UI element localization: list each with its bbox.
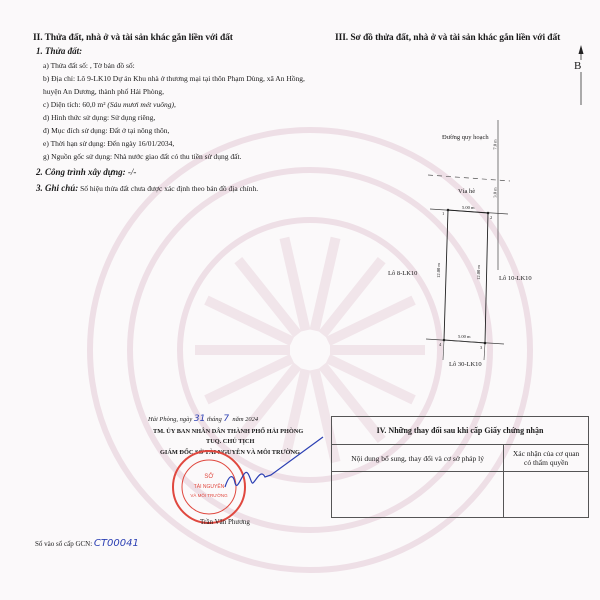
land-line-usage-form: d) Hình thức sử dụng: Sử dụng riêng, bbox=[43, 113, 155, 122]
section-iii-title: III. Sơ đồ thửa đất, nhà ở và tài sản kh… bbox=[335, 33, 560, 43]
note-row: 3. Ghi chú: Số hiệu thửa đất chưa được x… bbox=[36, 183, 258, 193]
right-length: 12.00 m bbox=[476, 265, 481, 280]
land-line-parcel: a) Thửa đất số: , Tờ bản đồ số: bbox=[43, 61, 135, 70]
land-line-origin: g) Nguồn gốc sử dụng: Nhà nước giao đất … bbox=[43, 152, 241, 161]
land-heading: 1. Thửa đất: bbox=[36, 46, 82, 56]
certificate-page: II. Thửa đất, nhà ở và tài sản khác gắn … bbox=[0, 0, 600, 600]
land-line-purpose: đ) Mục đích sử dụng: Đất ở tại nông thôn… bbox=[43, 126, 169, 135]
neighbor-left: Lô 8-LK10 bbox=[388, 270, 417, 277]
corner-4: 4 bbox=[439, 342, 441, 347]
changes-confirm-cell bbox=[504, 472, 589, 518]
road-width: 7.0 m bbox=[493, 139, 498, 149]
changes-title: IV. Những thay đổi sau khi cấp Giấy chứn… bbox=[332, 417, 589, 445]
corner-3: 3 bbox=[480, 345, 482, 350]
corner-1: 1 bbox=[442, 211, 444, 216]
construction-row: 2. Công trình xây dựng: -/- bbox=[36, 167, 136, 177]
changes-content-cell bbox=[332, 472, 504, 518]
neighbor-right: Lô 10-LK10 bbox=[499, 275, 532, 282]
back-length: 5.00 m bbox=[458, 334, 471, 339]
handwritten-signature bbox=[215, 425, 325, 505]
north-arrow-icon bbox=[575, 45, 587, 105]
section-ii-title: II. Thửa đất, nhà ở và tài sản khác gắn … bbox=[33, 33, 233, 43]
issue-date: Hải Phòng, ngày 31 tháng 7 năm 2024 bbox=[148, 414, 258, 424]
front-length: 5.00 m bbox=[462, 205, 475, 210]
north-label: B bbox=[573, 60, 582, 72]
changes-col-confirm: Xác nhận của cơ quan có thẩm quyền bbox=[504, 445, 589, 472]
land-plot-diagram: Đường quy hoạch 7.0 m Vỉa hè 3.0 m 5.00 … bbox=[380, 120, 580, 390]
sidewalk-width: 3.0 m bbox=[493, 187, 498, 197]
road-label: Đường quy hoạch bbox=[442, 134, 489, 141]
signer-name: Trần Văn Phương bbox=[200, 518, 250, 526]
land-line-address: b) Địa chỉ: Lô 9-LK10 Dự án Khu nhà ở th… bbox=[43, 74, 305, 83]
corner-2: 2 bbox=[490, 215, 492, 220]
neighbor-back: Lô 30-LK10 bbox=[449, 361, 482, 368]
land-line-term: e) Thời hạn sử dụng: Đến ngày 16/01/2034… bbox=[43, 139, 174, 148]
left-length: 12.00 m bbox=[436, 263, 441, 278]
sidewalk-label: Vỉa hè bbox=[458, 188, 475, 195]
land-line-area: c) Diện tích: 60,0 m² (Sáu mươi mét vuôn… bbox=[43, 100, 176, 109]
registry-number: Số vào sổ cấp GCN: CT00041 bbox=[35, 538, 139, 549]
changes-table: IV. Những thay đổi sau khi cấp Giấy chứn… bbox=[331, 416, 589, 518]
land-line-address-cont: huyện An Dương, thành phố Hải Phòng, bbox=[43, 87, 164, 96]
changes-col-content: Nội dung bổ sung, thay đổi và cơ sở pháp… bbox=[332, 445, 504, 472]
svg-text:SỞ: SỞ bbox=[204, 473, 213, 480]
